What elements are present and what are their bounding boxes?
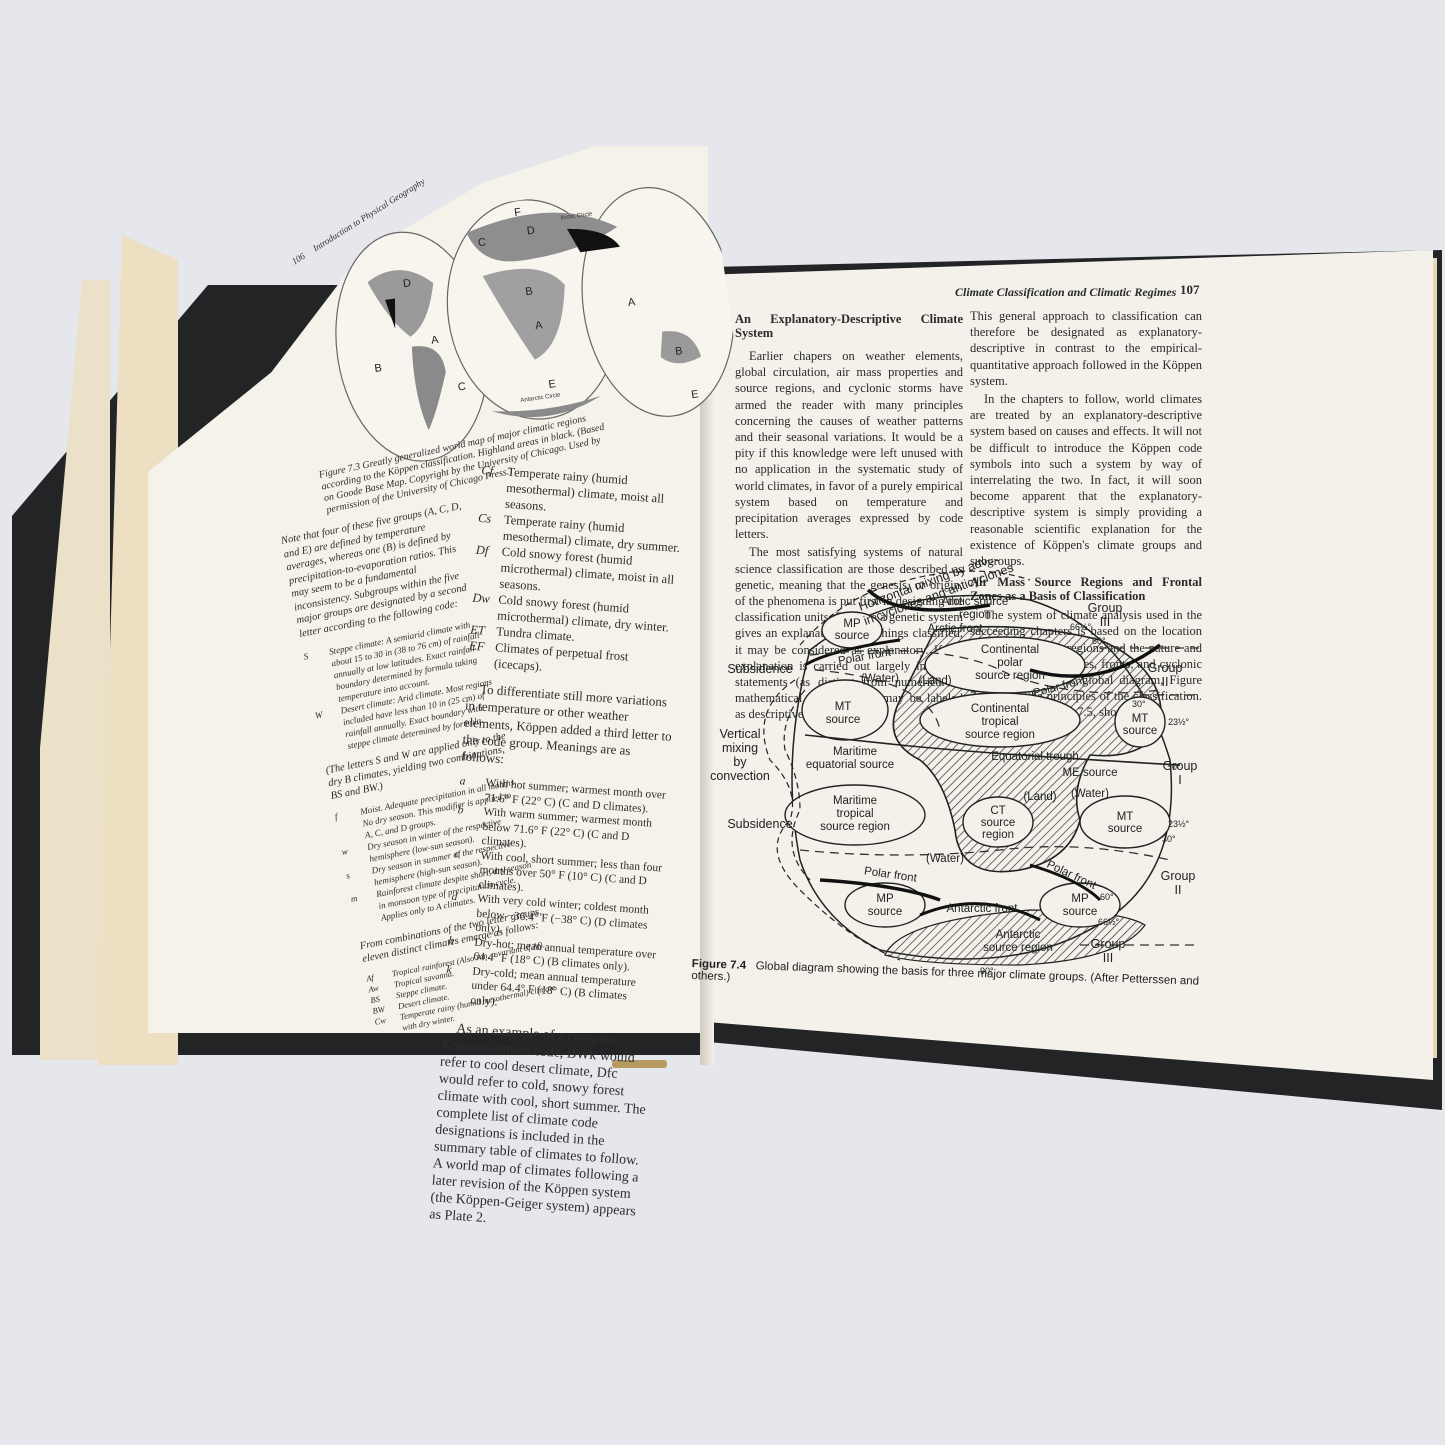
- subsidence-label: Subsidence: [727, 662, 792, 676]
- group-iii-numeral: III: [1103, 951, 1113, 965]
- section-heading-explanatory: An Explanatory-Descriptive Climate Syste…: [735, 312, 963, 340]
- maritime-tropical-label: Maritime: [833, 795, 877, 807]
- vertical-mixing-label: convection: [710, 769, 770, 783]
- arctic-source-label: region: [959, 609, 991, 621]
- mt-source-label: source: [1123, 725, 1158, 737]
- group-iii-label: Group: [1091, 937, 1126, 951]
- map-label: B: [674, 345, 683, 358]
- ct-source-label: region: [982, 829, 1014, 841]
- mt-source-label: MT: [835, 701, 852, 713]
- group-i-numeral: I: [1178, 773, 1181, 787]
- maritime-tropical-label: tropical: [836, 808, 873, 820]
- paragraph: In the chapters to follow, world climate…: [970, 391, 1202, 569]
- map-label: E: [548, 378, 557, 391]
- antarctic-source-label: source region: [983, 942, 1053, 954]
- map-label: E: [691, 388, 700, 401]
- antarctic-front-label: Antarctic front: [947, 903, 1019, 915]
- latitude-label: 23½°: [1168, 717, 1190, 727]
- figure-7-4-diagram: Horizontal mixing by advection in cyclon…: [700, 560, 1200, 980]
- mp-source-label: MP: [876, 893, 894, 905]
- group-iii-numeral: III: [1100, 615, 1110, 629]
- map-label: C: [477, 236, 487, 249]
- group-iii-label: Group: [1088, 601, 1123, 615]
- code: k: [444, 962, 467, 1007]
- polar-front-label: Polar front: [863, 865, 918, 884]
- latitude-label: 66½°: [1098, 917, 1120, 927]
- code: h: [447, 933, 469, 963]
- map-label: D: [526, 224, 536, 237]
- me-source-label: ME source: [1063, 767, 1118, 779]
- code: b: [455, 803, 478, 848]
- arctic-front-label: Arctic front: [928, 623, 984, 635]
- mt-source-label: source: [1108, 823, 1143, 835]
- code: ET: [470, 622, 491, 639]
- continental-tropical-label: source region: [965, 729, 1035, 741]
- continental-polar-label: source region: [975, 670, 1045, 682]
- code: Cw: [374, 1013, 398, 1038]
- mp-source-label: MP: [843, 618, 861, 630]
- code: EF: [467, 638, 489, 671]
- mp-source-label: source: [868, 906, 903, 918]
- vertical-mixing-label: Vertical: [720, 727, 761, 741]
- latitude-label: 23½°: [1168, 819, 1190, 829]
- group-ii-numeral: II: [1175, 883, 1182, 897]
- latitude-label: 60°: [1100, 892, 1114, 902]
- latitude-label: 0°: [1172, 762, 1181, 772]
- right-running-head: Climate Classification and Climatic Regi…: [955, 284, 1176, 300]
- ct-source-label: source: [981, 817, 1016, 829]
- mt-source-label: MT: [1132, 713, 1149, 725]
- mp-source-label: source: [1063, 906, 1098, 918]
- mt-source-label: source: [826, 714, 861, 726]
- page-stack-left-outer: [40, 280, 110, 1060]
- latitude-label: 30°: [1132, 699, 1146, 709]
- subsidence-label: Subsidence: [727, 817, 792, 831]
- water-label: (Water): [1071, 788, 1109, 800]
- left-page-number: 106: [290, 251, 307, 267]
- map-label: B: [374, 362, 383, 375]
- land-label: (Land): [1023, 791, 1056, 803]
- latitude-label: 66½°: [1070, 622, 1092, 632]
- mp-source-label: MP: [1071, 893, 1089, 905]
- vertical-mixing-label: mixing: [722, 741, 758, 755]
- land-label: (Land): [918, 675, 951, 687]
- paragraph: This general approach to classification …: [970, 308, 1202, 389]
- group-ii-numeral: II: [1162, 675, 1169, 689]
- continental-tropical-label: Continental: [971, 703, 1029, 715]
- arctic-source-label: Arctic source: [942, 596, 1008, 608]
- mt-source-label: MT: [1117, 811, 1134, 823]
- code: Cs: [476, 510, 498, 543]
- vertical-mixing-label: by: [733, 755, 747, 769]
- group-ii-label: Group: [1161, 869, 1196, 883]
- map-label: D: [402, 277, 412, 290]
- code: Cf: [479, 462, 502, 511]
- paragraph: Earlier chapers on weather elements, glo…: [735, 348, 963, 542]
- code: a: [458, 774, 480, 804]
- maritime-equatorial-label: equatorial source: [806, 759, 894, 771]
- mp-source-label: source: [835, 630, 870, 642]
- continental-tropical-label: tropical: [981, 716, 1018, 728]
- ct-source-label: CT: [990, 805, 1005, 817]
- latitude-label: 30°: [1162, 834, 1176, 844]
- code: Dw: [471, 590, 493, 623]
- code: c: [452, 847, 475, 892]
- right-page-number: 107: [1180, 282, 1200, 298]
- code: Df: [473, 542, 496, 591]
- water-label: (Water): [926, 853, 964, 865]
- water-label: (Water): [861, 673, 899, 685]
- left-col2-para-1: To differentiate still more variations i…: [461, 679, 676, 778]
- equatorial-trough-label: Equatorial trough: [991, 751, 1079, 763]
- left-col2-para-2: As an example of a complete Köppen clima…: [429, 1020, 653, 1238]
- maritime-equatorial-label: Maritime: [833, 746, 877, 758]
- maritime-tropical-label: source region: [820, 821, 890, 833]
- antarctic-source-label: Antarctic: [996, 929, 1041, 941]
- code: d: [449, 890, 472, 935]
- map-label: B: [525, 285, 534, 298]
- continental-polar-label: polar: [997, 657, 1023, 669]
- map-label: C: [457, 381, 467, 394]
- latitude-label: 60°: [1092, 636, 1106, 646]
- continental-polar-label: Continental: [981, 644, 1039, 656]
- group-ii-label: Group: [1148, 661, 1183, 675]
